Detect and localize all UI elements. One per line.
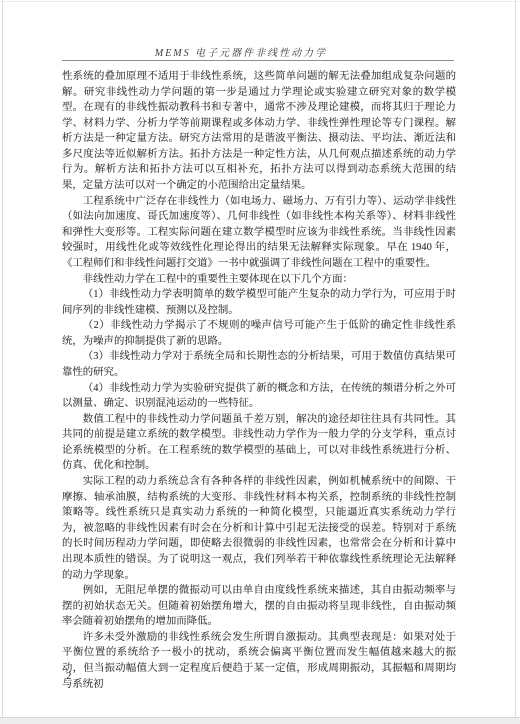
paragraph-importance-intro: 非线性动力学在工程中的重要性主要体现在以下几个方面： — [62, 272, 456, 288]
running-header-title: MEMS 电子元器件非线性动力学 — [43, 44, 439, 59]
list-item-3: （3）非线性动力学对于系统全局和长期性态的分析结果，可用于数值仿真结果可靠性的研… — [62, 349, 456, 380]
paragraph-common-approach: 数值工程中的非线性动力学问题虽千差万别，解决的途径却往往具有共同性。其共同的前提… — [62, 412, 456, 474]
page-number: 2 — [66, 670, 72, 682]
paragraph-self-excited: 许多未受外激励的非线性系统会发生所谓自激振动。其典型表现是：如果对处于平衡位置的… — [62, 630, 456, 692]
scanned-book-page: MEMS 电子元器件非线性动力学 性系统的叠加原理不适用于非线性系统，这些简单问… — [0, 0, 520, 724]
scan-edge-right — [515, 0, 516, 724]
scan-edge-top — [0, 1, 520, 2]
list-item-1: （1）非线性动力学表明简单的数学模型可能产生复杂的动力学行为，可应用于时间序列的… — [62, 287, 456, 318]
scan-edge-bottom — [0, 717, 520, 724]
paragraph-nonlinear-forces: 工程系统中广泛存在非线性力（如电场力、磁场力、万有引力等）、运动学非线性（如法向… — [62, 194, 456, 272]
paragraph-pendulum-example: 例如，无阻尼单摆的微振动可以由单自由度线性系统来描述，其自由振动频率与摆的初始状… — [62, 583, 456, 630]
list-item-2: （2）非线性动力学揭示了不规则的噪声信号可能产生于低阶的确定性非线性系统，为噪声… — [62, 318, 456, 349]
list-item-4: （4）非线性动力学为实验研究提供了新的概念和方法，在传统的频谱分析之外可以测量、… — [62, 381, 456, 412]
header-rule — [62, 60, 454, 61]
scan-edge-left — [2, 0, 3, 724]
body-text: 性系统的叠加原理不适用于非线性系统，这些简单问题的解无法叠加组成复杂问题的解。研… — [62, 69, 456, 692]
paragraph-continuation: 性系统的叠加原理不适用于非线性系统，这些简单问题的解无法叠加组成复杂问题的解。研… — [62, 69, 456, 194]
paragraph-real-systems: 实际工程的动力系统总含有各种各样的非线性因素，例如机械系统中的间隙、干摩擦、轴承… — [62, 474, 456, 583]
